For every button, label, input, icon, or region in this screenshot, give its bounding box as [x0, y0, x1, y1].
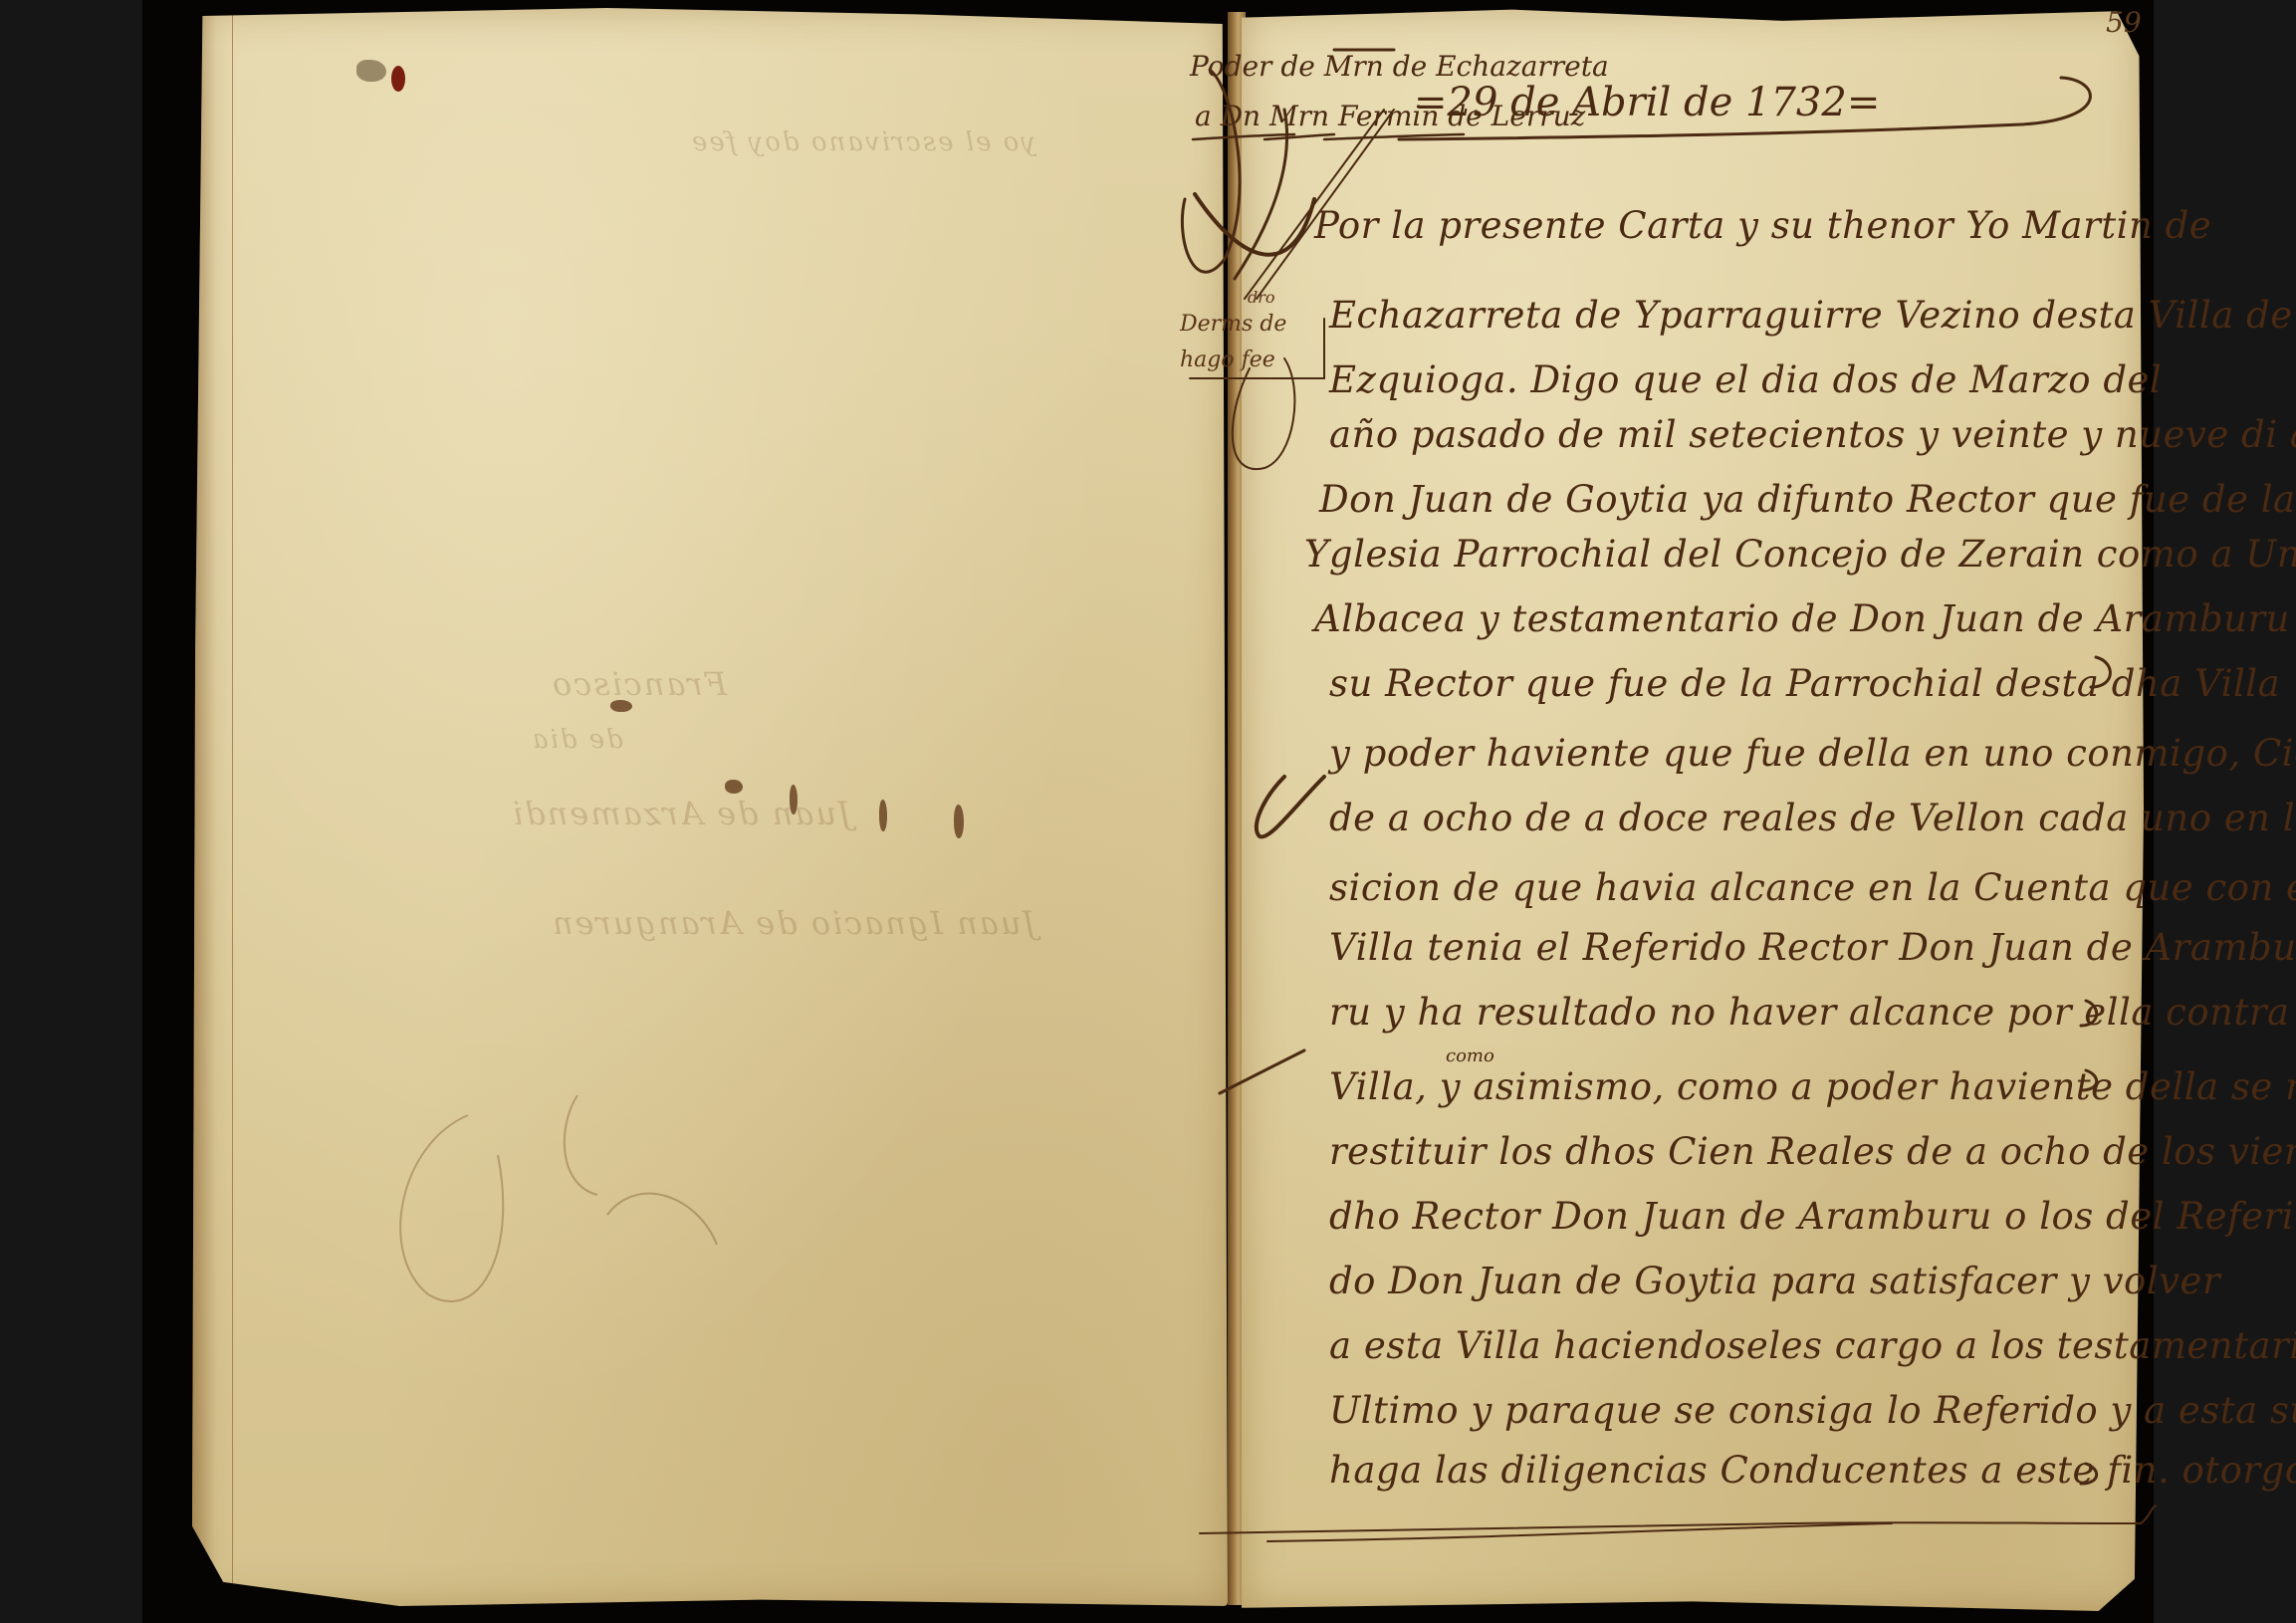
body-line: Por la presente Carta y su thenor Yo Mar…: [1314, 204, 2211, 247]
body-line: Villa tenia el Referido Rector Don Juan …: [1329, 926, 2296, 969]
ink-blot: [879, 800, 887, 831]
body-line: ru y ha resultado no haver alcance por e…: [1329, 991, 2296, 1034]
body-line: y poder haviente que fue della en uno co…: [1329, 732, 2296, 775]
body-line: Villa, y asimismo, como a poder haviente…: [1329, 1065, 2296, 1108]
bleed-through-text: Juan Ignacio de Aranguren: [551, 904, 1035, 942]
interlinear-insert: como: [1446, 1045, 1494, 1066]
folio-number: 59: [2106, 6, 2142, 39]
bleed-through-text: de dia: [531, 725, 623, 755]
body-line: Ultimo y paraque se consiga lo Referido …: [1329, 1389, 2296, 1432]
ink-blot: [954, 805, 964, 838]
wax-stain: [391, 66, 405, 92]
bleed-through-text: Juan de Arzamendi: [511, 795, 851, 832]
left-page: yo el escrivano doy fee Francisco de dia…: [192, 8, 1228, 1606]
ink-blot: [790, 785, 798, 814]
body-line: sicion de que havia alcance en la Cuenta…: [1329, 866, 2296, 909]
body-line: Yglesia Parrochial del Concejo de Zerain…: [1304, 533, 2296, 576]
document-viewer: yo el escrivano doy fee Francisco de dia…: [0, 0, 2296, 1623]
body-line: Ezquioga. Digo que el dia dos de Marzo d…: [1329, 358, 2162, 401]
body-line: haga las diligencias Conducentes a este …: [1329, 1449, 2296, 1492]
body-line: restituir los dhos Cien Reales de a ocho…: [1329, 1130, 2296, 1173]
body-line: Don Juan de Goytia ya difunto Rector que…: [1319, 478, 2296, 521]
body-line: a esta Villa haciendoseles cargo a los t…: [1329, 1324, 2296, 1367]
stain: [356, 60, 386, 82]
body-line: su Rector que fue de la Parrochial desta…: [1329, 662, 2280, 705]
record-date: =29 de Abril de 1732=: [1414, 80, 1880, 125]
body-line: Echazarreta de Yparraguirre Vezino desta…: [1329, 294, 2293, 337]
body-line: do Don Juan de Goytia para satisfacer y …: [1329, 1260, 2220, 1302]
body-line: dho Rector Don Juan de Aramburu o los de…: [1329, 1195, 2296, 1238]
body-line: Albacea y testamentario de Don Juan de A…: [1314, 597, 2290, 640]
ink-blot: [725, 780, 743, 794]
bleed-through-text: yo el escrivano doy fee: [690, 127, 1035, 157]
header-line-1: Poder de Mrn de Echazarreta: [1190, 50, 1609, 83]
body-line: año pasado de mil setecientos y veinte y…: [1329, 413, 2296, 456]
margin-note: dro Derms de hago fee: [1180, 289, 1286, 378]
bleed-through-text: Francisco: [551, 665, 727, 703]
body-line: de a ocho de a doce reales de Vellon cad…: [1329, 797, 2296, 839]
margin-note-line: Derms de: [1180, 307, 1286, 343]
margin-note-line: hago fee: [1180, 343, 1286, 378]
margin-note-line: dro: [1180, 289, 1286, 307]
ink-blot: [610, 700, 632, 712]
